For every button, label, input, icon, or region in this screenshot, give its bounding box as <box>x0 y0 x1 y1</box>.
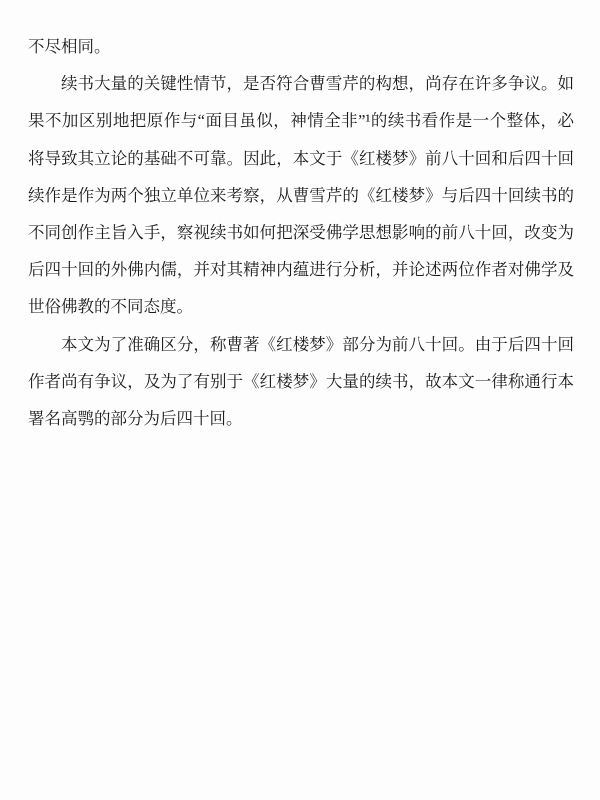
paragraph-terminology-note: 本文为了准确区分，称曹著《红楼梦》部分为前八十回。由于后四十回作者尚有争议，及为… <box>28 326 574 438</box>
paragraph-continuation: 不尽相同。 <box>28 28 574 65</box>
paragraph-research-scope: 续书大量的关键性情节，是否符合曹雪芹的构想，尚存在许多争议。如果不加区别地把原作… <box>28 65 574 325</box>
text-block: 不尽相同。 续书大量的关键性情节，是否符合曹雪芹的构想，尚存在许多争议。如果不加… <box>28 28 574 437</box>
document-page: 不尽相同。 续书大量的关键性情节，是否符合曹雪芹的构想，尚存在许多争议。如果不加… <box>0 0 600 800</box>
